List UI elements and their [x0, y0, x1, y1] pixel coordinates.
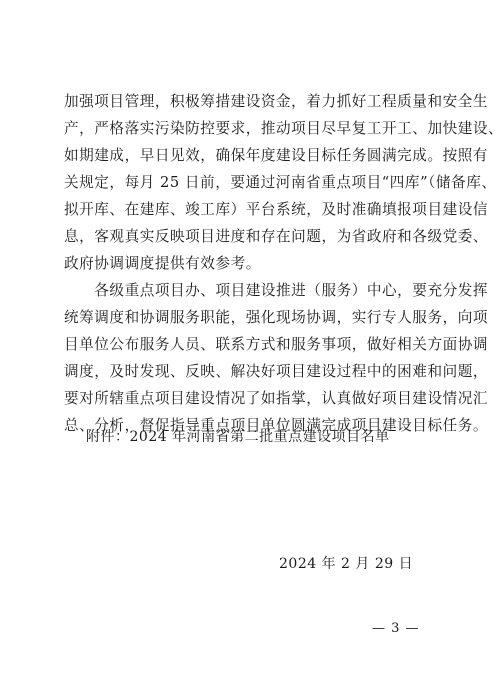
- document-date: 2024 年 2 月 29 日: [279, 553, 413, 573]
- body-line-9: 统筹调度和协调服务职能，强化现场协调，实行专人服务，向项: [64, 308, 444, 327]
- body-line-12: 要对所辖重点项目建设情况了如指掌，认真做好项目建设情况汇: [64, 389, 444, 408]
- body-line-6: 息，客观真实反映项目进度和存在问题，为省政府和各级党委、: [64, 227, 444, 246]
- body-line-1: 加强项目管理，积极筹措建设资金，着力抓好工程质量和安全生: [64, 92, 444, 111]
- body-line-10: 目单位公布服务人员、联系方式和服务事项，做好相关方面协调: [64, 335, 444, 354]
- body-line-4: 关规定，每月 25 日前，要通过河南省重点项目“四库”（储备库、: [64, 173, 444, 192]
- body-line-8: 各级重点项目办、项目建设推进（服务）中心，要充分发挥: [64, 281, 444, 300]
- body-line-11: 调度，及时发现、反映、解决好项目建设过程中的困难和问题，: [64, 362, 444, 381]
- body-line-5: 拟开库、在建库、竣工库）平台系统，及时准确填报项目建设信: [64, 200, 444, 219]
- body-line-7: 政府协调调度提供有效参考。: [64, 254, 444, 273]
- body-line-2: 产，严格落实污染防控要求，推动项目尽早复工开工、加快建设、: [64, 119, 444, 138]
- document-page: 加强项目管理，积极筹措建设资金，着力抓好工程质量和安全生 产，严格落实污染防控要…: [0, 0, 495, 699]
- attachment-note: 附件：2024 年河南省第二批重点建设项目名单: [86, 426, 390, 446]
- body-line-3: 如期建成，早日见效，确保年度建设目标任务圆满完成。按照有: [64, 146, 444, 165]
- page-number: — 3 —: [372, 621, 420, 636]
